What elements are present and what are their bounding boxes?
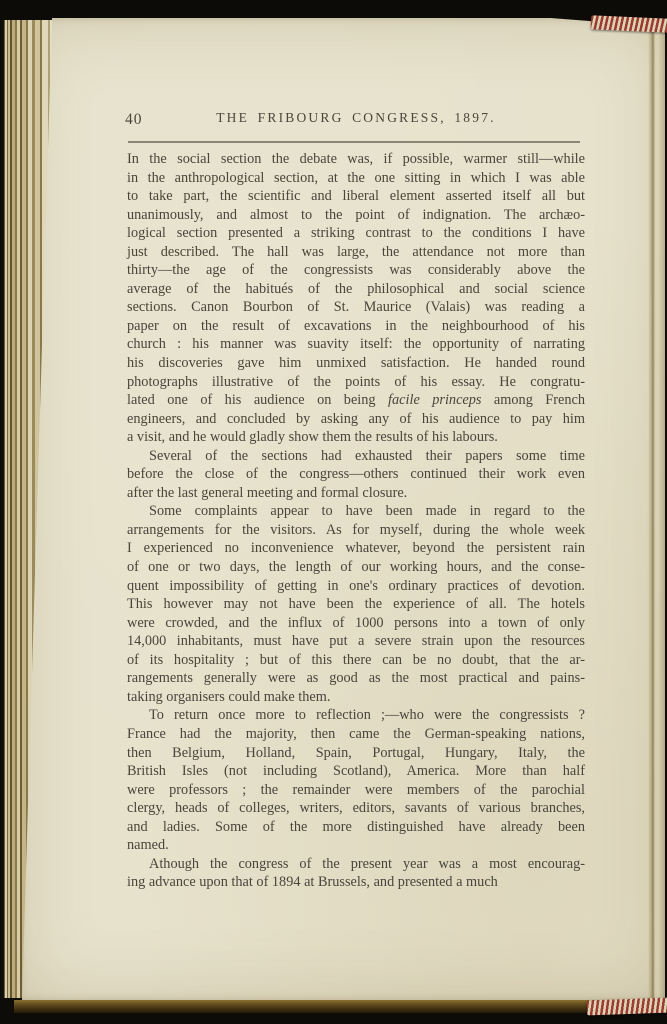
text-line: of one or two days, the length of our wo… — [127, 558, 585, 577]
page-header: 40 THE FRIBOURG CONGRESS, 1897. — [127, 110, 585, 132]
text-line: were crowded, and the influx of 1000 per… — [127, 614, 585, 633]
text-line: to take part, the scientific and liberal… — [127, 187, 585, 206]
book-page: 40 THE FRIBOURG CONGRESS, 1897. In the s… — [20, 18, 665, 1000]
text-line: paper on the result of excavations in th… — [127, 317, 585, 336]
text-line: To return once more to reflection ;—who … — [127, 706, 585, 725]
headband-bottom — [587, 998, 667, 1016]
text-line: then Belgium, Holland, Spain, Portugal, … — [127, 744, 585, 763]
text-line: sections. Canon Bourbon of St. Maurice (… — [127, 298, 585, 317]
text-line: lated one of his audience on being facil… — [127, 391, 585, 410]
text-line: named. — [127, 836, 585, 855]
text-block: In the social section the debate was, if… — [127, 150, 585, 892]
text-line: rangements generally were as good as the… — [127, 669, 585, 688]
page-number: 40 — [125, 111, 143, 129]
text-line: clergy, heads of colleges, writers, edit… — [127, 799, 585, 818]
header-rule — [128, 141, 580, 143]
page-content: 40 THE FRIBOURG CONGRESS, 1897. In the s… — [127, 18, 585, 892]
text-line: and ladies. Some of the more distinguish… — [127, 818, 585, 837]
page-right-fold — [657, 18, 665, 1000]
text-line: just described. The hall was large, the … — [127, 243, 585, 262]
running-title: THE FRIBOURG CONGRESS, 1897. — [127, 110, 585, 126]
text-line: average of the habitués of the philosoph… — [127, 280, 585, 299]
text-line: 14,000 inhabitants, must have put a seve… — [127, 632, 585, 651]
text-line: thirty—the age of the congressists was c… — [127, 261, 585, 280]
text-line: British Isles (not including Scotland), … — [127, 762, 585, 781]
text-line: This however may not have been the exper… — [127, 595, 585, 614]
text-line: a visit, and he would gladly show them t… — [127, 428, 585, 447]
text-line: engineers, and concluded by asking any o… — [127, 410, 585, 429]
gutter-crease — [648, 18, 657, 1000]
text-line: ing advance upon that of 1894 at Brussel… — [127, 873, 585, 892]
text-line: France had the majority, then came the G… — [127, 725, 585, 744]
book-scan: 40 THE FRIBOURG CONGRESS, 1897. In the s… — [0, 0, 667, 1024]
text-line: church : his manner was suavity itself: … — [127, 335, 585, 354]
text-line: after the last general meeting and forma… — [127, 484, 585, 503]
text-line: Athough the congress of the present year… — [127, 855, 585, 874]
text-line: arrangements for the visitors. As for my… — [127, 521, 585, 540]
italic-phrase: facile princeps — [388, 392, 481, 408]
text-line: quent impossibility of getting in one's … — [127, 577, 585, 596]
text-line: taking organisers could make them. — [127, 688, 585, 707]
text-line: in the anthropological section, at the o… — [127, 169, 585, 188]
text-line: of its hospitality ; but of this there c… — [127, 651, 585, 670]
text-line: were professors ; the remainder were mem… — [127, 781, 585, 800]
text-line: before the close of the congress—others … — [127, 465, 585, 484]
page-edge-bottom — [14, 1000, 667, 1013]
text-line: unanimously, and almost to the point of … — [127, 206, 585, 225]
text-line: his discoveries gave him unmixed satisfa… — [127, 354, 585, 373]
text-line: photographs illustrative of the points o… — [127, 373, 585, 392]
text-line: In the social section the debate was, if… — [127, 150, 585, 169]
text-line: I experienced no inconvenience whatever,… — [127, 539, 585, 558]
text-line: logical section presented a striking con… — [127, 224, 585, 243]
text-line: Several of the sections had exhausted th… — [127, 447, 585, 466]
text-line: Some complaints appear to have been made… — [127, 502, 585, 521]
